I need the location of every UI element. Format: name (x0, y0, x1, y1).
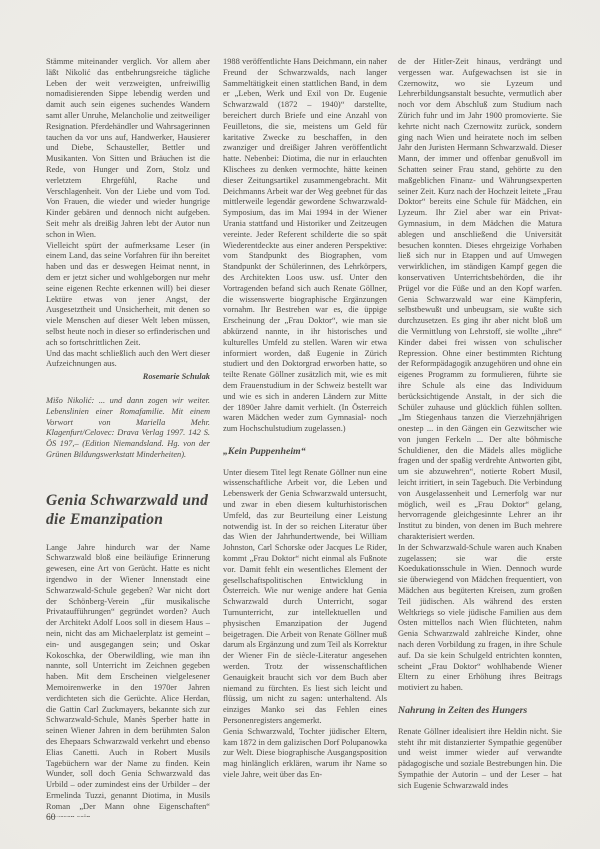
text-column-1: Stämme miteinander verglich. Vor allem a… (46, 57, 210, 817)
body-paragraph: In der Schwarzwald-Schule waren auch Kna… (398, 543, 562, 694)
scanned-journal-page: Stämme miteinander verglich. Vor allem a… (0, 0, 600, 849)
text-column-3: de der Hitler-Zeit hinaus, verdrängt und… (398, 57, 562, 817)
bibliography-entry: Mišo Nikolić: ... und dann zogen wir wei… (46, 396, 210, 461)
body-paragraph: Und das macht schließlich auch den Wert … (46, 349, 210, 371)
text-column-2: 1988 veröffentlichte Hans Deichmann, ein… (223, 57, 387, 817)
review-signature: Rosemarie Schulak (46, 372, 210, 383)
section-heading: Nahrung in Zeiten des Hungers (398, 706, 562, 717)
body-paragraph: Renate Göllner idealisiert ihre Heldin n… (398, 727, 562, 792)
body-paragraph: Vielleicht spürt der aufmerksame Leser (… (46, 241, 210, 349)
body-paragraph: Lange Jahre hindurch war der Name Schwar… (46, 543, 210, 817)
section-heading: „Kein Puppenheim“ (223, 447, 387, 458)
body-paragraph: Unter diesem Titel legt Renate Göllner n… (223, 468, 387, 727)
body-paragraph: 1988 veröffentlichte Hans Deichmann, ein… (223, 57, 387, 435)
article-title: Genia Schwarzwald und die Emanzipation (46, 491, 210, 530)
page-number: 60 (46, 813, 56, 823)
body-paragraph: de der Hitler-Zeit hinaus, verdrängt und… (398, 57, 562, 543)
body-paragraph: Stämme miteinander verglich. Vor allem a… (46, 57, 210, 241)
body-paragraph: Genia Schwarzwald, Tochter jüdischer Elt… (223, 727, 387, 781)
